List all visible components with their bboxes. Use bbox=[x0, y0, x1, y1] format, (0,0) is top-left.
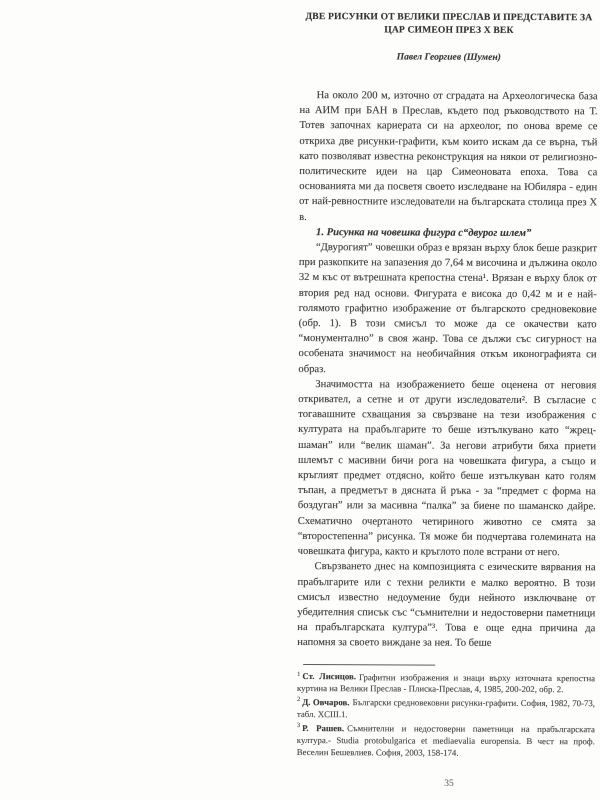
section-heading: 1. Рисунка на човешка фигура с“двурог шл… bbox=[299, 225, 597, 242]
footnote-separator bbox=[303, 664, 435, 666]
paragraph-figure-description: “Двурогият” човешки образ е врязан върху… bbox=[298, 240, 597, 378]
footnote: 1Ст. Лисицов.Графитни изображения и знац… bbox=[297, 669, 595, 696]
footnote-marker: 2 bbox=[297, 696, 300, 703]
author-line: Павел Георгиев (Шумен) bbox=[300, 51, 598, 64]
footnotes-block: 1Ст. Лисицов.Графитни изображения и знац… bbox=[297, 664, 595, 760]
footnote-author: Р. Рашев. bbox=[302, 723, 344, 733]
footnote-author: Д. Овчаров. bbox=[302, 697, 349, 707]
page-title: ДВЕ РИСУНКИ ОТ ВЕЛИКИ ПРЕСЛАВ И ПРЕДСТАВ… bbox=[304, 10, 594, 37]
article-body: На около 200 м, източно от сградата на А… bbox=[297, 88, 597, 652]
footnote-marker: 3 bbox=[297, 722, 300, 729]
paragraph-conclusion: Свързването днес на композицията с езиче… bbox=[297, 559, 595, 652]
article-content: ДВЕ РИСУНКИ ОТ ВЕЛИКИ ПРЕСЛАВ И ПРЕДСТАВ… bbox=[297, 10, 598, 760]
scanned-page: ДВЕ РИСУНКИ ОТ ВЕЛИКИ ПРЕСЛАВ И ПРЕДСТАВ… bbox=[0, 0, 600, 800]
footnote: 2Д. Овчаров.Български средновековни рису… bbox=[297, 694, 595, 721]
footnote: 3Р. Рашев.Съмнителни и недостоверни паме… bbox=[297, 720, 595, 759]
footnote-marker: 1 bbox=[297, 671, 300, 678]
paragraph-intro: На около 200 м, източно от сградата на А… bbox=[299, 88, 598, 226]
footnote-author: Ст. Лисицов. bbox=[302, 671, 356, 681]
page-number: 35 bbox=[300, 779, 598, 789]
paragraph-interpretation: Значимостта на изображението беше оценен… bbox=[298, 377, 597, 561]
